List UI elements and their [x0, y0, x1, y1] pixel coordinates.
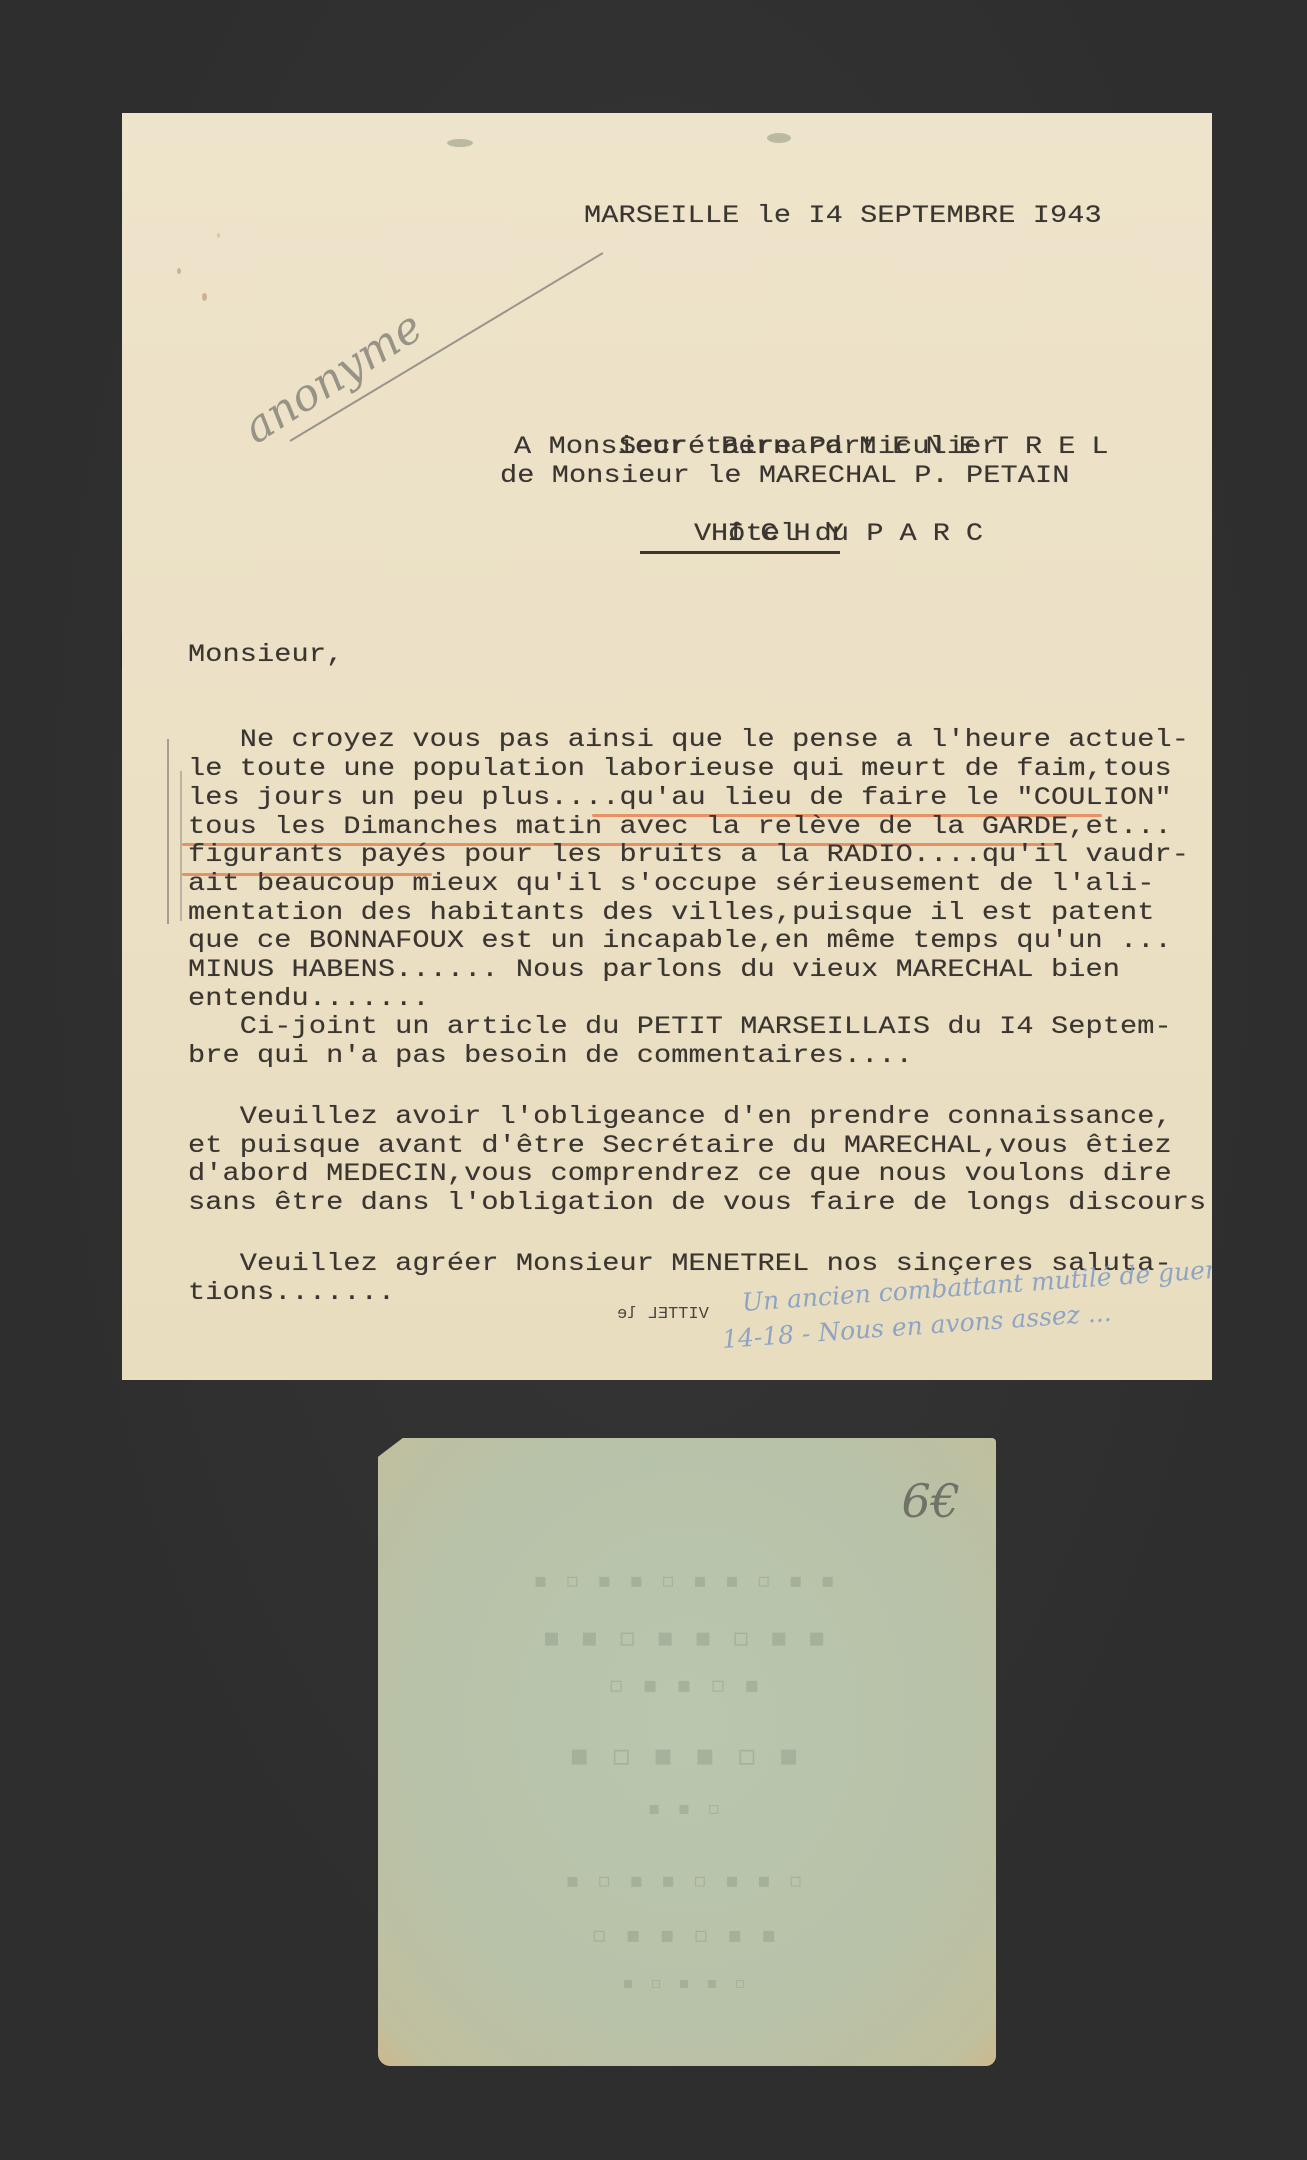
body-line: sans être dans l'obligation de vous fair… — [188, 1190, 1206, 1215]
body-line: le toute une population laborieuse qui m… — [188, 756, 1172, 781]
hotel-name: PARC — [866, 519, 999, 547]
faded-print-line: ▪ ▫ ▪ ▪ ▫ ▪ ▪ ▫ — [378, 1868, 996, 1892]
paper-stain — [447, 139, 473, 147]
body-line: tions....... — [188, 1280, 395, 1305]
faded-print-line: ▪ ▪ ▫ — [378, 1798, 996, 1819]
faded-print-line: ▪ ▫ ▪ ▪ ▫ — [378, 1973, 996, 1992]
faded-print-line: ▪ ▫ ▪ ▪ ▫ ▪ — [378, 1738, 996, 1773]
body-line: figurants payés pour les bruits a la RAD… — [188, 842, 1189, 867]
body-line: Ne croyez vous pas ainsi que le pense a … — [188, 727, 1189, 752]
green-card: 6€ ▪ ▫ ▪ ▪ ▫ ▪ ▪ ▫ ▪ ▪ ▪ ▪ ▫ ▪ ▪ ▫ ▪ ▪ ▫… — [378, 1438, 996, 2066]
faded-print-line: ▫ ▪ ▪ ▫ ▪ — [378, 1673, 996, 1698]
body-line: MINUS HABENS...... Nous parlons du vieux… — [188, 957, 1120, 982]
body-line: ait beaucoup mieux qu'il s'occupe sérieu… — [188, 871, 1155, 896]
address-line-title: Secrétaire Particulier — [619, 434, 999, 459]
body-line: mentation des habitants des villes,puisq… — [188, 900, 1155, 925]
body-line: les jours un peu plus....qu'au lieu de f… — [188, 785, 1172, 810]
handwritten-price: 6€ — [901, 1474, 960, 1528]
pencil-annotation: anonyme — [234, 301, 431, 454]
body-line: et puisque avant d'être Secrétaire du MA… — [188, 1133, 1172, 1158]
body-line: Veuillez avoir l'obligeance d'en prendre… — [188, 1104, 1172, 1129]
address-line-city: VICHY — [694, 521, 860, 546]
address-line-marechal: de Monsieur le MARECHAL P. PETAIN — [500, 463, 1070, 488]
salutation: Monsieur, — [188, 642, 343, 667]
city-underline — [640, 551, 840, 554]
faded-print-line: ▪ ▫ ▪ ▪ ▫ ▪ ▪ ▫ ▪ ▪ — [378, 1568, 996, 1592]
paper-stain — [217, 233, 220, 238]
body-line: tous les Dimanches matin avec la relève … — [188, 814, 1172, 839]
body-line: Ci-joint un article du PETIT MARSEILLAIS… — [188, 1014, 1172, 1039]
body-line: que ce BONNAFOUX est un incapable,en mêm… — [188, 928, 1172, 953]
mirrored-vittel-stamp: VITTEL le — [617, 1305, 709, 1324]
paper-stain — [767, 133, 791, 143]
margin-pencil-bracket — [180, 771, 182, 921]
body-line: d'abord MEDECIN,vous comprendrez ce que … — [188, 1161, 1172, 1186]
paper-stain — [177, 268, 181, 274]
margin-pencil-bracket — [167, 739, 169, 924]
body-line: entendu....... — [188, 986, 430, 1011]
paper-stain — [202, 293, 207, 301]
body-line: bre qui n'a pas besoin de commentaires..… — [188, 1043, 913, 1068]
dateline: MARSEILLE le I4 SEPTEMBRE I943 — [584, 203, 1102, 228]
faded-print-line: ▫ ▪ ▪ ▫ ▪ ▪ — [378, 1923, 996, 1948]
faded-print-line: ▪ ▪ ▫ ▪ ▪ ▫ ▪ ▪ — [378, 1623, 996, 1653]
typed-letter: MARSEILLE le I4 SEPTEMBRE I943 anonyme A… — [122, 113, 1212, 1380]
